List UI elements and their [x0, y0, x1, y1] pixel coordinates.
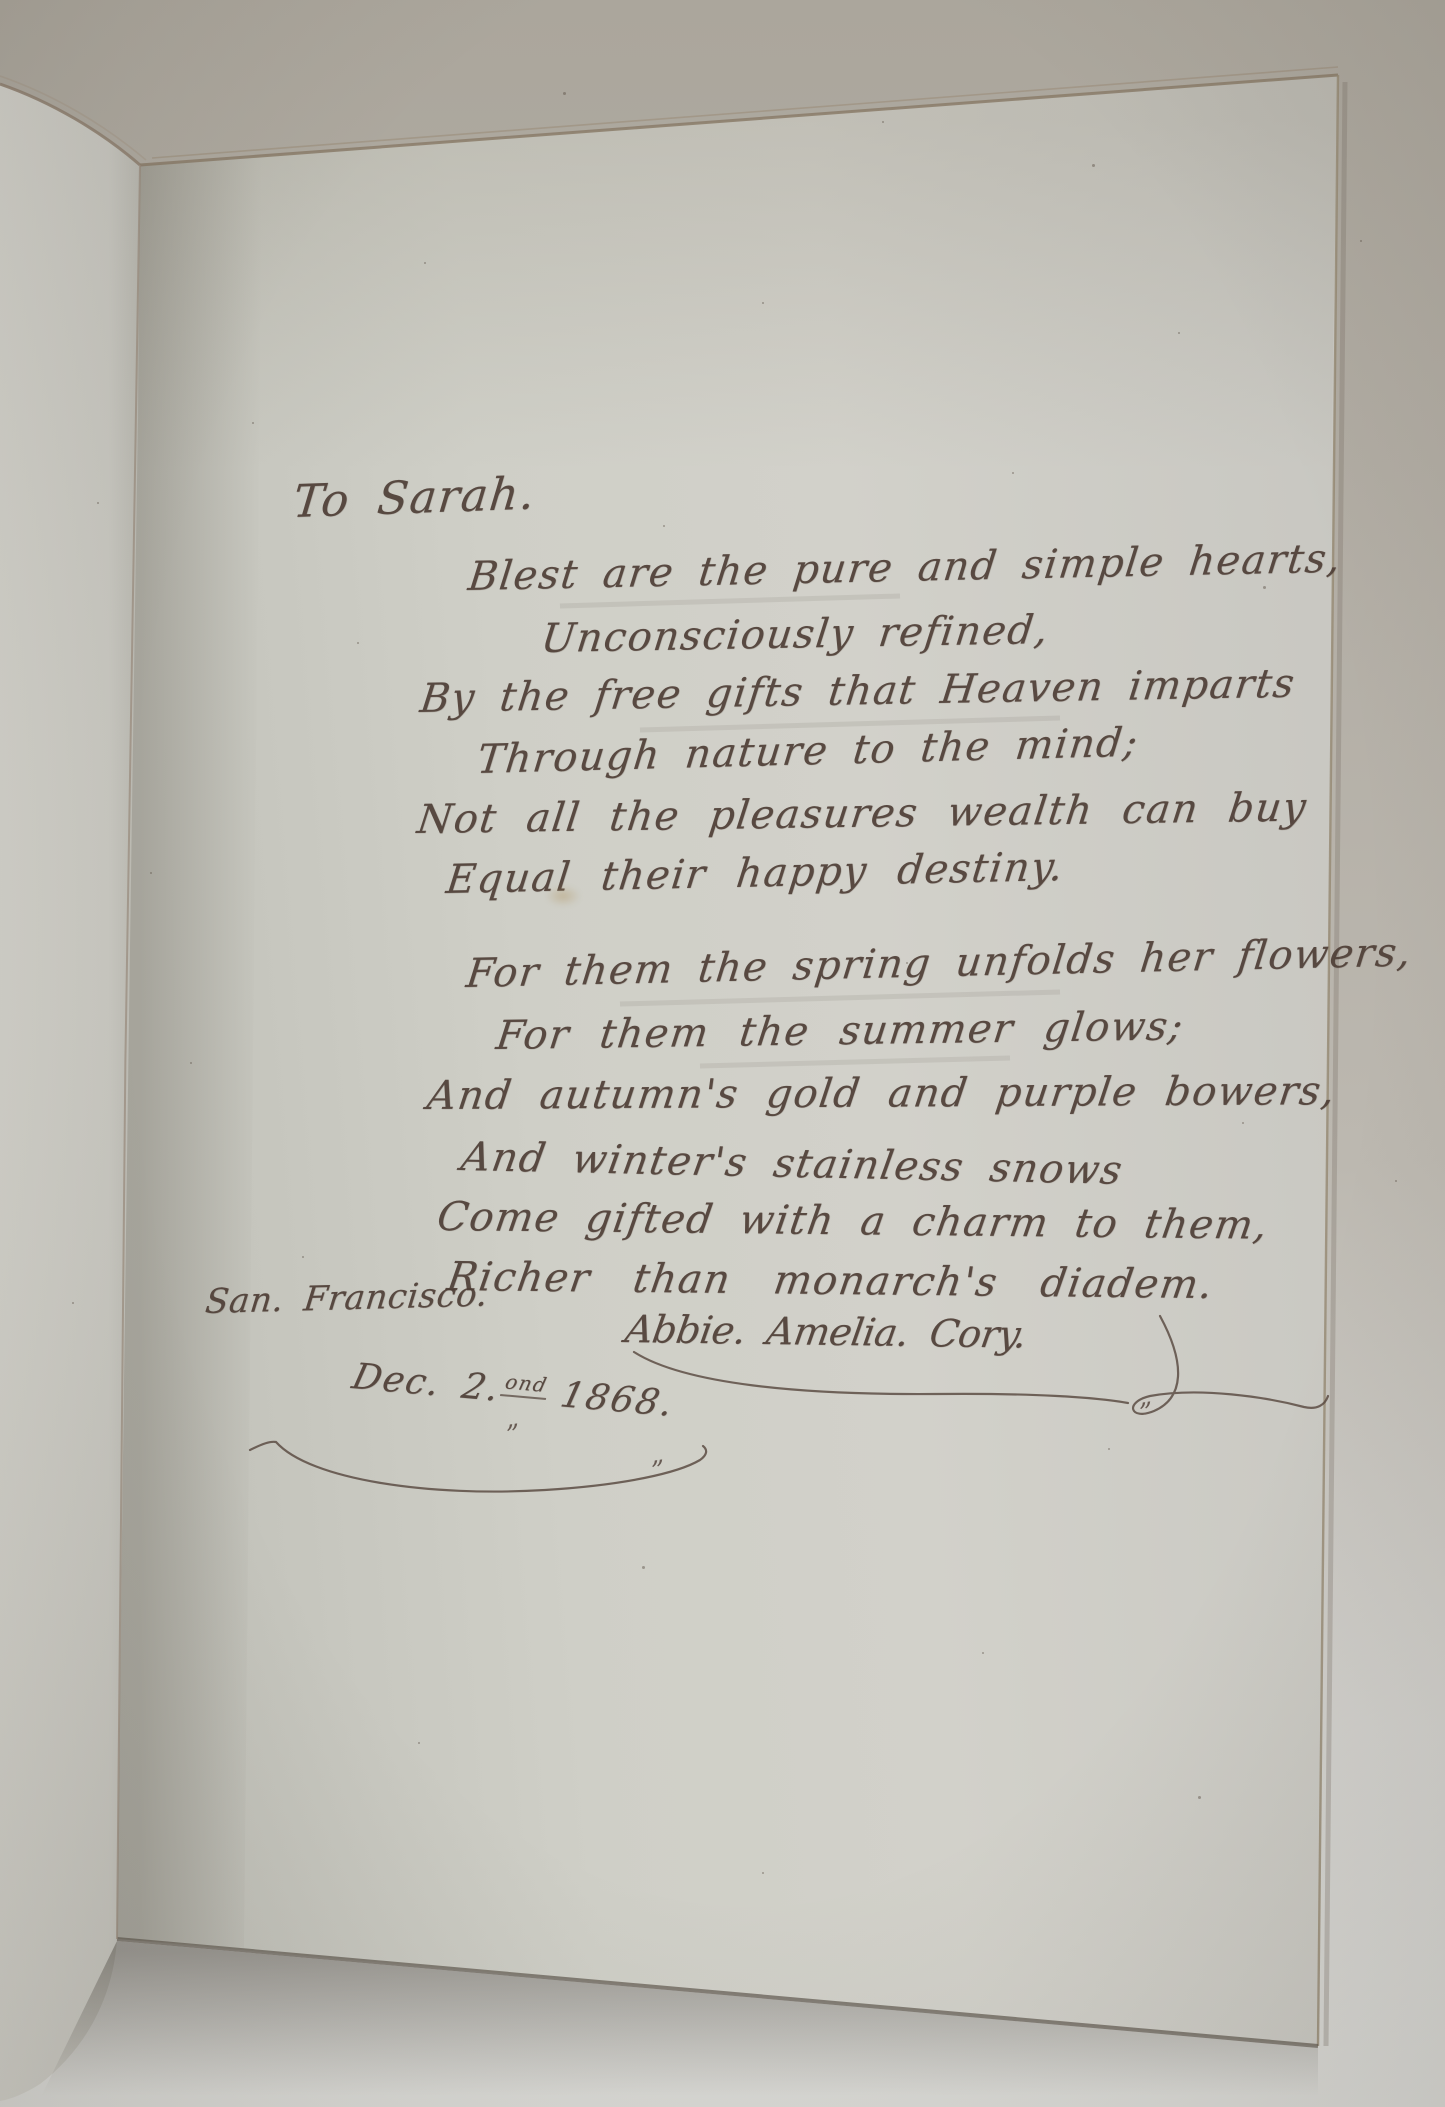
- paper-speck: [1198, 1796, 1201, 1799]
- paper-speck: [906, 962, 908, 964]
- poem-line: And autumn's gold and purple bowers,: [425, 1070, 1339, 1117]
- paper-speck: [190, 1062, 192, 1064]
- paper-speck: [1360, 240, 1362, 242]
- paper-speck: [252, 422, 254, 424]
- paper-speck: [1178, 332, 1180, 334]
- poem-line: By the free gifts that Heaven imparts: [418, 663, 1298, 720]
- ditto-mark: „: [1136, 1381, 1154, 1413]
- date-ordinal: ond: [500, 1372, 551, 1399]
- paper-speck: [418, 1742, 420, 1744]
- paper-speck: [982, 1652, 984, 1654]
- poem-line: And winter's stainless snows: [458, 1136, 1126, 1192]
- paper-speck: [302, 1256, 304, 1258]
- paper-speck: [1012, 472, 1014, 474]
- poem-line: Richer than monarch's diadem.: [444, 1256, 1216, 1306]
- paper-speck: [150, 872, 152, 874]
- paper-speck: [357, 642, 359, 644]
- poem-line: For them the summer glows;: [494, 1005, 1186, 1057]
- signature-line: Abbie. Amelia. Cory.: [623, 1310, 1029, 1355]
- poem-line: Not all the pleasures wealth can buy: [415, 787, 1310, 841]
- salutation: To Sarah.: [291, 469, 538, 525]
- paper-speck: [424, 262, 426, 264]
- date-year: 1868.: [557, 1375, 679, 1425]
- paper-speck: [72, 1302, 74, 1304]
- paper-speck: [1092, 164, 1095, 167]
- poem-line: Unconsciously refined,: [539, 609, 1052, 660]
- handwritten-inscription: To Sarah. Blest are the pure and simple …: [0, 0, 1445, 2107]
- paper-speck: [563, 92, 566, 95]
- place-line: San. Francisco.: [203, 1278, 489, 1321]
- poem-line: Equal their happy destiny.: [444, 846, 1067, 901]
- paper-speck: [1263, 586, 1266, 589]
- date-prefix: Dec. 2.: [348, 1356, 504, 1409]
- ditto-mark: „: [648, 1439, 666, 1471]
- poem-line: For them the spring unfolds her flowers,: [464, 931, 1414, 995]
- paper-speck: [762, 302, 764, 304]
- paper-speck: [1395, 1180, 1397, 1182]
- paper-speck: [1242, 1122, 1244, 1124]
- paper-speck: [1108, 1448, 1110, 1450]
- paper-speck: [762, 1872, 764, 1874]
- foxing-spot: [545, 885, 581, 907]
- poem-line: Through nature to the mind;: [475, 722, 1141, 781]
- paper-speck: [663, 525, 665, 527]
- poem-line: Blest are the pure and simple hearts,: [466, 538, 1344, 598]
- paper-speck: [642, 1566, 645, 1569]
- paper-speck: [97, 502, 99, 504]
- poem-line: Come gifted with a charm to them,: [434, 1196, 1271, 1247]
- paper-speck: [882, 121, 884, 123]
- photo-of-album-page: To Sarah. Blest are the pure and simple …: [0, 0, 1445, 2107]
